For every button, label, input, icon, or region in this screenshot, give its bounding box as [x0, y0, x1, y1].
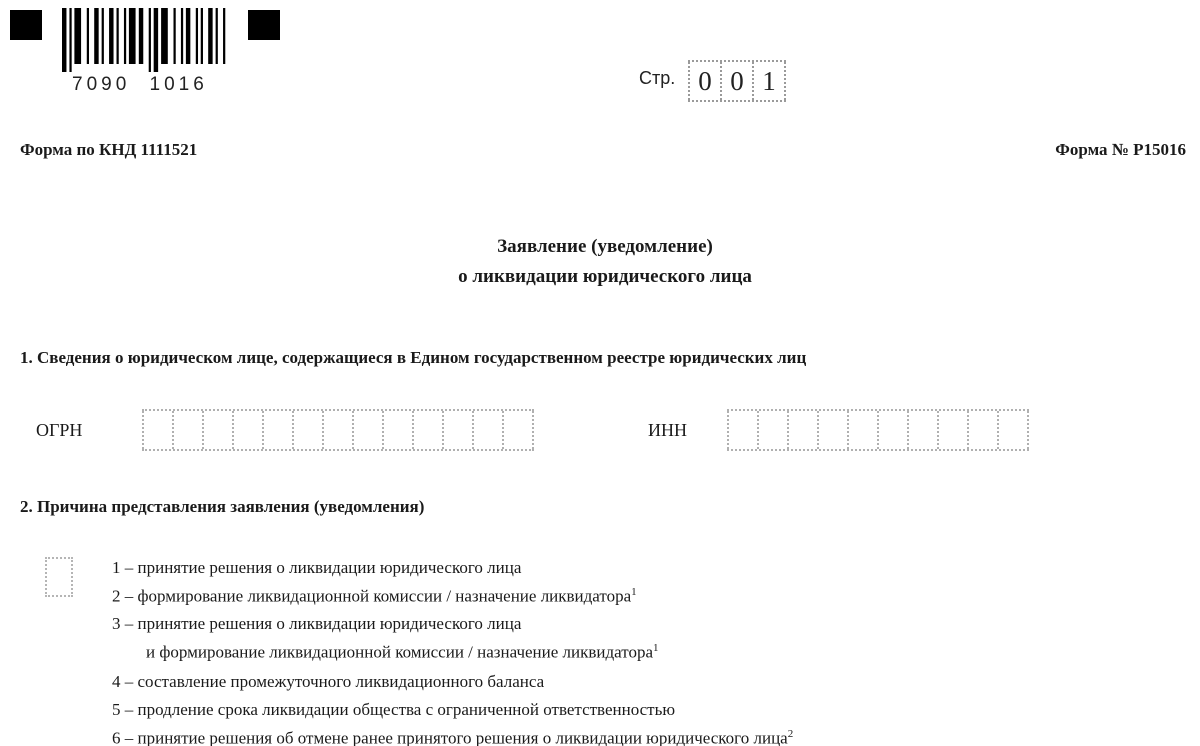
ogrn-label: ОГРН — [36, 420, 82, 441]
reason-code-input[interactable] — [45, 557, 73, 597]
page-digit: 0 — [720, 62, 752, 100]
barcode — [62, 8, 228, 72]
digit-cell — [472, 411, 502, 449]
alignment-marker-right — [248, 10, 280, 40]
reason-option: 3 – принятие решения о ликвидации юридич… — [112, 614, 521, 634]
footnote-ref: 2 — [788, 728, 794, 740]
digit-cell — [322, 411, 352, 449]
ogrn-input[interactable] — [142, 409, 534, 451]
barcode-number: 7090 1016 — [72, 74, 208, 96]
reason-option: 6 – принятие решения об отмене ранее при… — [112, 728, 793, 746]
digit-cell — [382, 411, 412, 449]
reason-option: 1 – принятие решения о ликвидации юридич… — [112, 558, 521, 578]
digit-cell — [967, 411, 997, 449]
digit-cell — [202, 411, 232, 449]
section2-heading: 2. Причина представления заявления (увед… — [20, 497, 424, 517]
reason-option: 5 – продление срока ликвидации общества … — [112, 700, 675, 720]
page-label: Стр. — [639, 68, 675, 89]
digit-cell — [292, 411, 322, 449]
reason-option: и формирование ликвидационной комиссии /… — [146, 642, 659, 663]
digit-cell — [352, 411, 382, 449]
reason-option: 2 – формирование ликвидационной комиссии… — [112, 586, 637, 607]
form-knd-code: Форма по КНД 1111521 — [20, 140, 197, 160]
inn-input[interactable] — [727, 409, 1029, 451]
document-title-line2: о ликвидации юридического лица — [0, 263, 1200, 291]
digit-cell — [937, 411, 967, 449]
page-digit: 0 — [688, 62, 720, 100]
inn-label: ИНН — [648, 420, 687, 441]
digit-cell — [907, 411, 937, 449]
digit-cell — [262, 411, 292, 449]
alignment-marker-left — [10, 10, 42, 40]
digit-cell — [142, 411, 172, 449]
digit-cell — [997, 411, 1029, 449]
digit-cell — [877, 411, 907, 449]
digit-cell — [232, 411, 262, 449]
digit-cell — [847, 411, 877, 449]
section1-heading: 1. Сведения о юридическом лице, содержащ… — [20, 348, 806, 368]
form-number: Форма № Р15016 — [1055, 140, 1186, 160]
document-title-line1: Заявление (уведомление) — [0, 233, 1200, 261]
digit-cell — [172, 411, 202, 449]
digit-cell — [787, 411, 817, 449]
reason-option: 4 – составление промежуточного ликвидаци… — [112, 672, 544, 692]
page-number-field[interactable]: 0 0 1 — [688, 60, 786, 102]
digit-cell — [442, 411, 472, 449]
digit-cell — [412, 411, 442, 449]
digit-cell — [817, 411, 847, 449]
footnote-ref: 1 — [631, 586, 637, 598]
footnote-ref: 1 — [653, 642, 659, 654]
digit-cell — [727, 411, 757, 449]
page-digit: 1 — [752, 62, 786, 100]
digit-cell — [757, 411, 787, 449]
digit-cell — [502, 411, 534, 449]
